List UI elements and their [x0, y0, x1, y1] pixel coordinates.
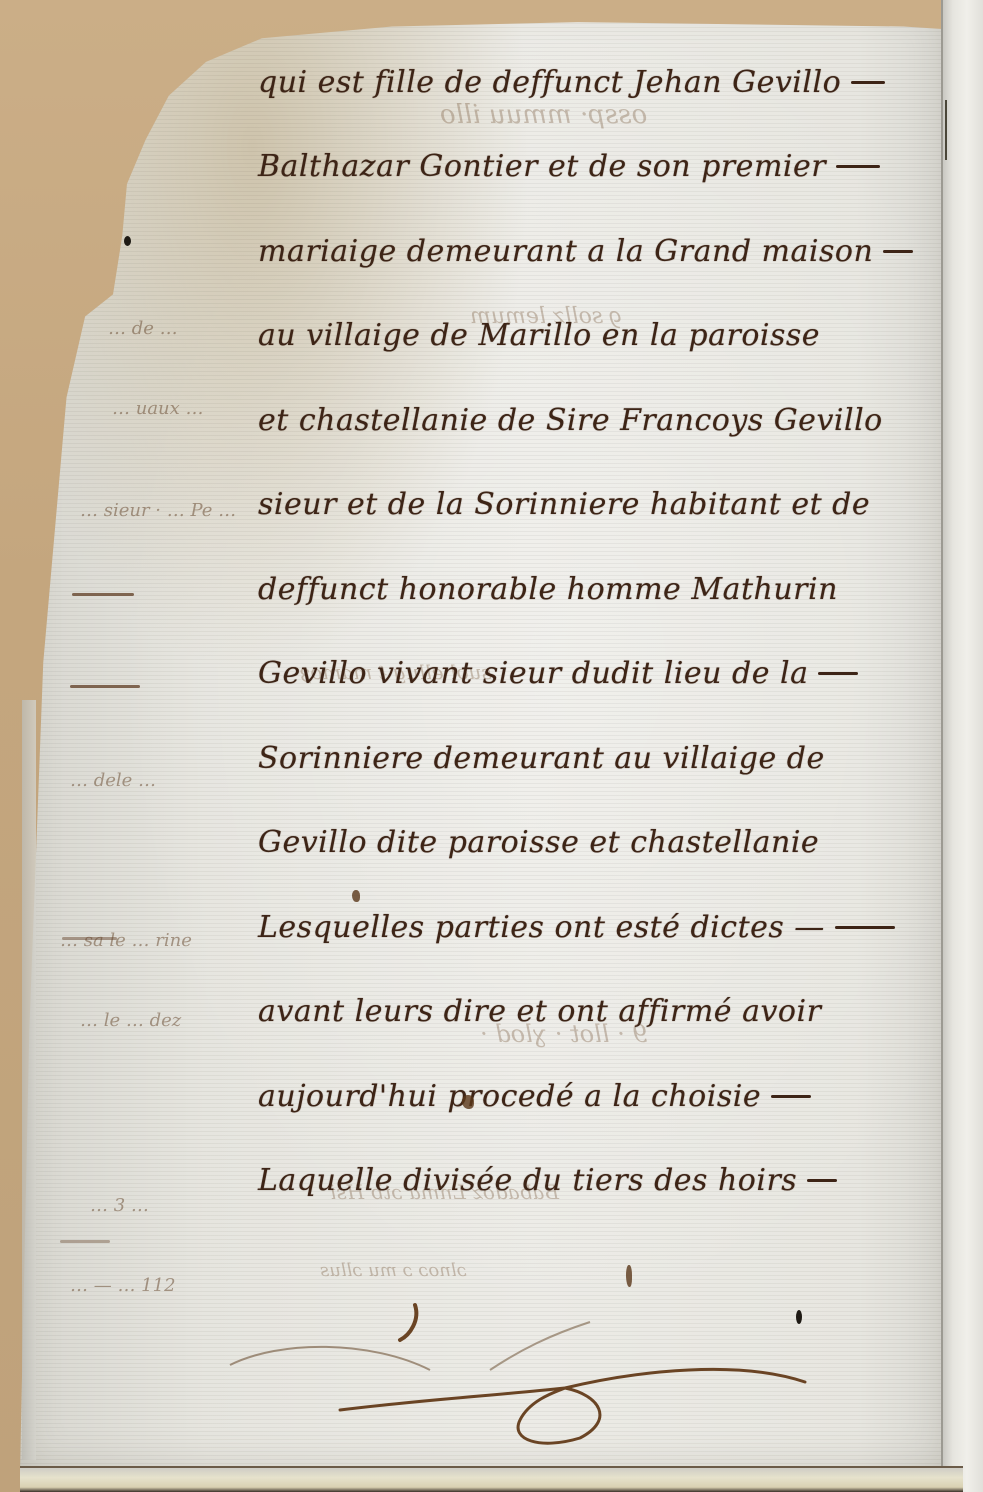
line-filler-dash [771, 1095, 811, 1098]
text-line: Gevillo vivant sieur dudit lieu de la [258, 632, 938, 717]
line-text: qui est fille de deffunct Jehan Gevillo [258, 65, 841, 100]
margin-dash [72, 593, 134, 596]
line-text: et chastellanie de Sire Francoys Gevillo [258, 403, 883, 438]
text-line: qui est fille de deffunct Jehan Gevillo [258, 40, 938, 125]
manuscript-text: qui est fille de deffunct Jehan Gevillo … [258, 40, 938, 1223]
text-line: deffunct honorable homme Mathurin [258, 547, 938, 632]
margin-note: … — … 112 [70, 1275, 176, 1296]
ink-blot [352, 890, 360, 902]
line-text: sieur et de la Sorinniere habitant et de [258, 487, 870, 522]
text-line: Gevillo dite paroisse et chastellanie [258, 801, 938, 886]
line-filler-dash [835, 926, 895, 929]
margin-note: … uaux … [112, 398, 204, 419]
paraph-flourish [220, 1300, 840, 1450]
text-line: Laquelle divisée du tiers des hoirs [258, 1139, 938, 1224]
margin-note: … le … dez [80, 1010, 181, 1031]
margin-dash [62, 937, 117, 940]
binding-gutter [941, 0, 983, 1492]
margin-note: … de … [108, 318, 178, 339]
margin-dash [60, 1240, 110, 1243]
line-text: Gevillo vivant sieur dudit lieu de la [258, 656, 808, 691]
line-text: au villaige de Marillo en la paroisse [258, 318, 820, 353]
line-text: Laquelle divisée du tiers des hoirs [258, 1163, 797, 1198]
line-text: Balthazar Gontier et de son premier [258, 149, 826, 184]
line-text: Gevillo dite paroisse et chastellanie [258, 825, 819, 860]
bleed-through-text: ɔlnoɔ ɔ mu ɔllus [320, 1260, 467, 1281]
ink-blot [626, 1265, 632, 1287]
margin-note: … sieur · … Pe … [80, 500, 236, 521]
margin-note: … sa le … rine [60, 930, 192, 951]
text-line: Lesquelles parties ont esté dictes — [258, 885, 938, 970]
margin-note: … dele … [70, 770, 156, 791]
line-filler-dash [851, 81, 885, 84]
text-line: mariaige demeurant a la Grand maison [258, 209, 938, 294]
text-line: Balthazar Gontier et de son premier [258, 125, 938, 210]
margin-note: … 3 … [90, 1195, 149, 1216]
text-line: aujourd'hui procedé a la choisie [258, 1054, 938, 1139]
page-stack-edge [22, 700, 36, 1460]
line-filler-dash [818, 672, 858, 675]
text-line: Sorinniere demeurant au villaige de [258, 716, 938, 801]
line-text: deffunct honorable homme Mathurin [258, 572, 838, 607]
text-line: avant leurs dire et ont affirmé avoir [258, 970, 938, 1055]
margin-dash [70, 685, 140, 688]
wormhole [124, 236, 131, 246]
text-line: sieur et de la Sorinniere habitant et de [258, 463, 938, 548]
ink-blot [462, 1095, 474, 1109]
line-filler-dash [883, 250, 913, 253]
line-text: Lesquelles parties ont esté dictes — [258, 910, 825, 945]
page-bottom-edge [20, 1466, 963, 1492]
line-filler-dash [836, 165, 880, 168]
line-text: mariaige demeurant a la Grand maison [258, 234, 873, 269]
gutter-crease [945, 100, 947, 160]
line-text: avant leurs dire et ont affirmé avoir [258, 994, 821, 1029]
text-line: et chastellanie de Sire Francoys Gevillo [258, 378, 938, 463]
text-line: au villaige de Marillo en la paroisse [258, 294, 938, 379]
line-text: Sorinniere demeurant au villaige de [258, 741, 825, 776]
line-text: aujourd'hui procedé a la choisie [258, 1079, 761, 1114]
line-filler-dash [807, 1179, 837, 1182]
